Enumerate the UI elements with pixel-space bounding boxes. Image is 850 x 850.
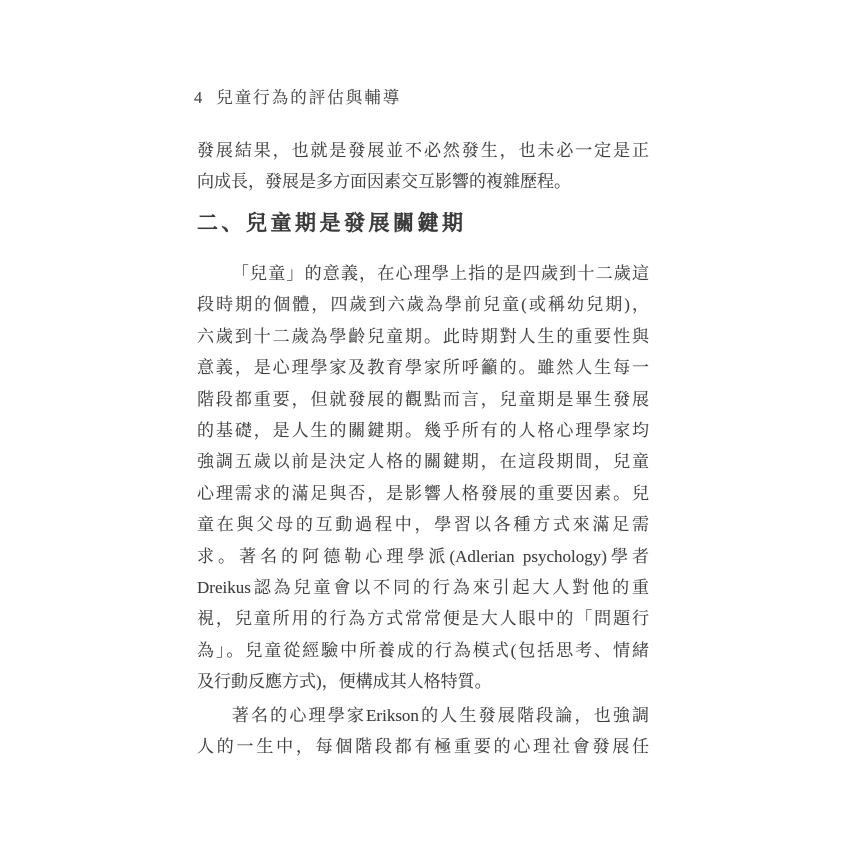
text-line: 強調五歲以前是決定人格的關鍵期，在這段期間，兒童: [197, 446, 649, 477]
text-line: Dreikus認為兒童會以不同的行為來引起大人對他的重: [197, 572, 649, 603]
paragraph-childhood-critical-period: 「兒童」的意義，在心理學上指的是四歲到十二歲這 段時期的個體，四歲到六歲為學前兒…: [197, 258, 649, 698]
text-line: 著名的心理學家Erikson的人生發展階段論，也強調: [197, 700, 649, 731]
page-header: 4兒童行為的評估與輔導: [194, 84, 401, 108]
paragraph-development-result: 發展結果，也就是發展並不必然發生，也未必一定是正 向成長，發展是多方面因素交互影…: [197, 135, 649, 198]
paragraph-erikson-stages: 著名的心理學家Erikson的人生發展階段論，也強調 人的一生中，每個階段都有極…: [197, 700, 649, 763]
text-line: 童在與父母的互動過程中，學習以各種方式來滿足需: [197, 509, 649, 540]
text-line: 段時期的個體，四歲到六歲為學前兒童(或稱幼兒期)，: [197, 289, 649, 320]
book-page: 4兒童行為的評估與輔導 發展結果，也就是發展並不必然發生，也未必一定是正 向成長…: [0, 0, 850, 850]
text-line: 「兒童」的意義，在心理學上指的是四歲到十二歲這: [197, 258, 649, 289]
text-line: 向成長，發展是多方面因素交互影響的複雜歷程。: [197, 166, 649, 197]
text-line: 人的一生中，每個階段都有極重要的心理社會發展任: [197, 731, 649, 762]
text-line: 為」。兒童從經驗中所養成的行為模式(包括思考、情緒: [197, 635, 649, 666]
text-line: 六歲到十二歲為學齡兒童期。此時期對人生的重要性與: [197, 321, 649, 352]
running-title: 兒童行為的評估與輔導: [216, 88, 401, 107]
text-line: 階段都重要，但就發展的觀點而言，兒童期是畢生發展: [197, 384, 649, 415]
text-line: 的基礎，是人生的關鍵期。幾乎所有的人格心理學家均: [197, 415, 649, 446]
text-line: 意義，是心理學家及教育學家所呼籲的。雖然人生每一: [197, 352, 649, 383]
text-line: 發展結果，也就是發展並不必然發生，也未必一定是正: [197, 135, 649, 166]
text-line: 求。著名的阿德勒心理學派(Adlerian psychology)學者: [197, 541, 649, 572]
text-line: 及行動反應方式)，便構成其人格特質。: [197, 666, 649, 697]
section-heading: 二、兒童期是發展關鍵期: [197, 207, 467, 239]
page-number: 4: [194, 88, 202, 107]
text-line: 心理需求的滿足與否，是影響人格發展的重要因素。兒: [197, 478, 649, 509]
text-line: 視，兒童所用的行為方式常常便是大人眼中的「問題行: [197, 603, 649, 634]
